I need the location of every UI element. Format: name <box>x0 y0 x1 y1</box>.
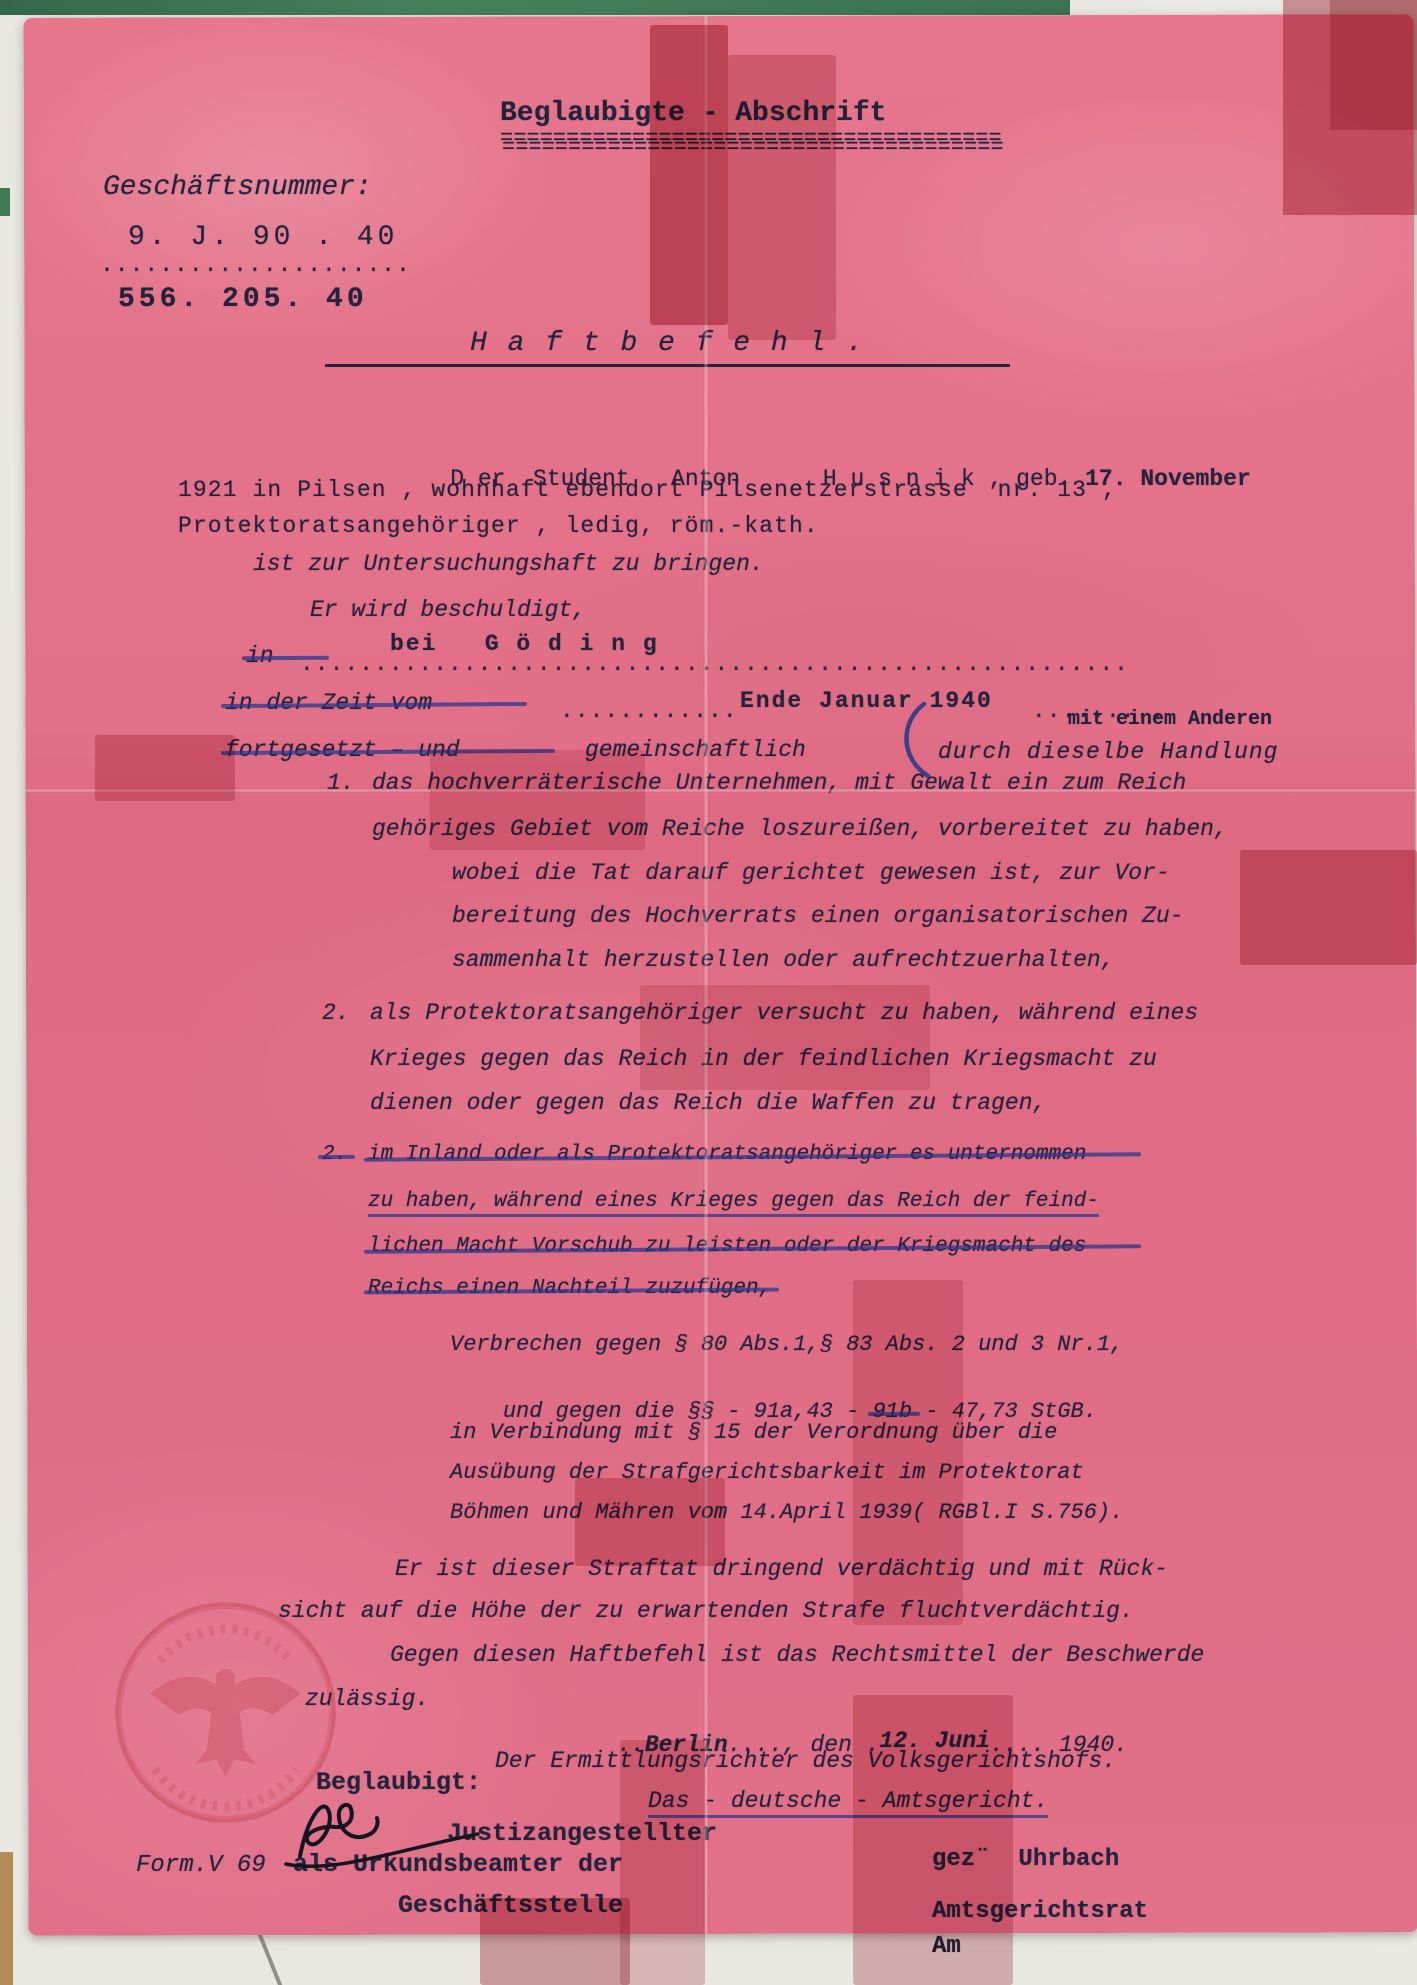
wire-thread <box>258 1933 283 1985</box>
tape-mark-right-mid <box>1240 850 1417 965</box>
intro-line2: 1921 in Pilsen , wohnhaft ebendort Pilse… <box>178 477 1117 503</box>
pen-strike-fortgesetzt: fortgesetzt – und <box>225 737 460 763</box>
charge1-line4: bereitung des Hochverrats einen organisa… <box>452 903 1184 929</box>
intro-line3: Protektoratsangehöriger , ledig, röm.-ka… <box>178 513 819 539</box>
tape-mark-berlin <box>575 1478 725 1566</box>
judge-line: Der Ermittlungsrichter des Volksgerichts… <box>495 1748 1116 1774</box>
pen-strike-c3l1: im Inland oder als Protektoratsangehörig… <box>368 1143 1086 1166</box>
pen-strike-zeit: in der Zeit vom <box>225 690 432 716</box>
mode-struck-words: fortgesetzt – und <box>225 737 460 763</box>
page-title: H a f t b e f e h l . <box>325 328 1010 367</box>
form-number: Form.V 69 <box>136 1852 266 1879</box>
detention-order-line: ist zur Untersuchungshaft zu bringen. <box>253 551 764 577</box>
charge3-line1: im Inland oder als Protektoratsangehörig… <box>368 1143 1086 1166</box>
pen-strike-c3l3: lichen Macht Vorschub zu leisten oder de… <box>368 1235 1086 1258</box>
handwritten-signature <box>278 1778 488 1878</box>
tape-mark-top-center <box>650 25 728 325</box>
charge1-line3: wobei die Tat darauf gerichtet gewesen i… <box>452 860 1170 886</box>
law-line4: Ausübung der Strafgerichtsbarkeit im Pro… <box>450 1460 1084 1485</box>
tape-mark-bottom-center-strip <box>620 1740 705 1985</box>
mode-tail: durch dieselbe Handlung <box>938 739 1278 765</box>
document-scan: Beglaubigte - Abschrift ================… <box>0 0 1417 1985</box>
pen-under-c3l2: zu haben, während eines Krieges gegen da… <box>368 1190 1099 1217</box>
time-struck-words: in der Zeit vom <box>225 690 432 716</box>
time-value: Ende Januar 1940 <box>740 688 993 714</box>
pen-strike-in: in <box>246 643 274 669</box>
tape-mark-lower-strip <box>853 1280 963 1625</box>
tape-mark-center2 <box>640 985 930 1090</box>
tape-mark-bottom-right-strip <box>853 1695 1013 1985</box>
charge2-number: 2. <box>322 1000 350 1026</box>
charge1-line5: sammenhalt herzustellen oder aufrechtzue… <box>452 947 1115 973</box>
charge3-line2: zu haben, während eines Krieges gegen da… <box>368 1190 1099 1213</box>
law-line3: in Verbindung mit § 15 der Verordnung üb… <box>450 1420 1057 1445</box>
pen-insertion-paren <box>888 700 938 780</box>
case-number-1-dots: ..................... <box>100 252 411 278</box>
charge3-line3: lichen Macht Vorschub zu leisten oder de… <box>368 1235 1086 1258</box>
pen-strike-c3num: 2. <box>322 1143 347 1166</box>
binding-fabric-strip <box>0 0 1070 15</box>
closing-line3: Gegen diesen Haftbefehl ist das Rechtsmi… <box>390 1642 1204 1668</box>
case-number-2: 556. 205. 40 <box>118 284 368 315</box>
tape-mark-center1 <box>430 750 645 850</box>
charge3-number: 2. <box>322 1143 347 1166</box>
location-value: bei G ö d i n g <box>390 631 659 657</box>
charge3-line4: Reichs einen Nachteil zuzufügen, <box>368 1277 771 1300</box>
tape-mark-left-mid <box>95 735 235 801</box>
mode-superscript: mit einem Anderen <box>1068 708 1272 731</box>
case-number-1: 9. J. 90 . 40 <box>128 222 398 253</box>
closing-line1: Er ist dieser Straftat dringend verdächt… <box>395 1556 1168 1582</box>
pen-strike-c3l4: Reichs einen Nachteil zuzufügen, <box>368 1277 771 1300</box>
accusation-intro-line: Er wird beschuldigt, <box>310 597 586 623</box>
backing-paper-sliver <box>0 1852 13 1985</box>
location-struck-word: in <box>246 643 274 669</box>
tape-mark-top-center2 <box>728 55 836 340</box>
time-dots-1: ............ <box>560 698 738 724</box>
case-number-label: Geschäftsnummer: <box>103 172 372 203</box>
binding-fabric-bit <box>0 188 10 216</box>
law-line5: Böhmen und Mähren vom 14.April 1939( RGB… <box>450 1500 1123 1525</box>
tape-mark-bottom-edge <box>480 1898 630 1985</box>
tape-mark-top-right2 <box>1330 0 1417 130</box>
law-line1: Verbrechen gegen § 80 Abs.1,§ 83 Abs. 2 … <box>450 1332 1123 1357</box>
closing-line4: zulässig. <box>305 1686 429 1712</box>
